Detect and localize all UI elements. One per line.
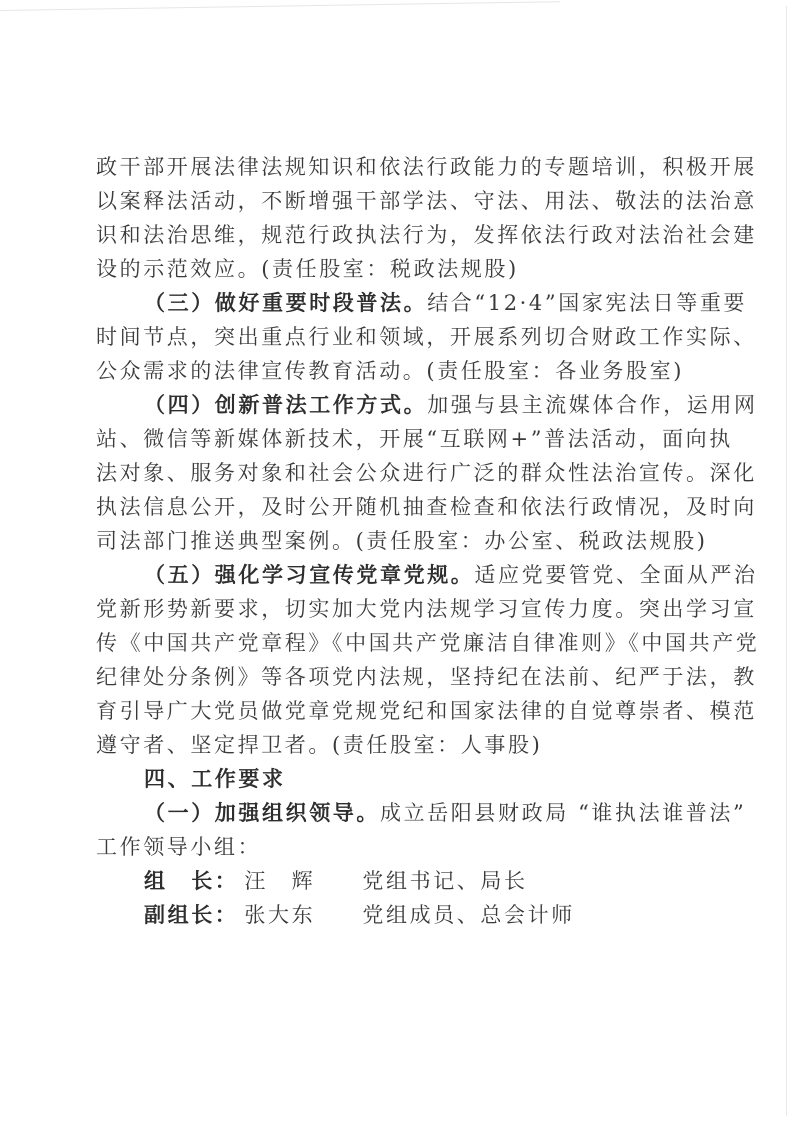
- paragraph-item-3: （三）做好重要时段普法。结合“12·4”国家宪法日等重要 时间节点，突出重点行业…: [96, 286, 684, 388]
- role-label: 副组长：: [144, 898, 238, 932]
- document-page: 政干部开展法律法规知识和依法行政能力的专题培训，积极开展 以案释法活动，不断增强…: [96, 150, 684, 932]
- person-title: 党组成员、总会计师: [362, 898, 574, 932]
- item-heading: （五）强化学习宣传党章党规。: [144, 562, 474, 587]
- leader-row: 组 长：汪 辉党组书记、局长: [96, 864, 684, 898]
- text-line: 司法部门推送典型案例。(责任股室：办公室、税政法规股): [96, 524, 684, 558]
- text-line: 传《中国共产党章程》《中国共产党廉洁自律准则》《中国共产党: [96, 626, 684, 660]
- item-text: 加强与县主流媒体合作，运用网: [427, 393, 757, 417]
- text-line: 法对象、服务对象和社会公众进行广泛的群众性法治宣传。深化: [96, 456, 684, 490]
- text-line: 工作领导小组：: [96, 830, 684, 864]
- section-heading: 四、工作要求: [96, 762, 684, 796]
- text-line: 执法信息公开，及时公开随机抽查检查和依法行政情况，及时向: [96, 490, 684, 524]
- text-line: 以案释法活动，不断增强干部学法、守法、用法、敬法的法治意: [96, 184, 684, 218]
- item-text: 成立岳阳县财政局 “谁执法谁普法”: [380, 801, 746, 825]
- item-heading: （三）做好重要时段普法。: [144, 290, 427, 315]
- text-line: 党新形势新要求，切实加大党内法规学习宣传力度。突出学习宣: [96, 592, 684, 626]
- text-line: （三）做好重要时段普法。结合“12·4”国家宪法日等重要: [96, 286, 684, 320]
- person-name: 汪 辉: [244, 864, 362, 898]
- paragraph-requirement-1: （一）加强组织领导。成立岳阳县财政局 “谁执法谁普法” 工作领导小组：: [96, 796, 684, 864]
- leadership-list: 组 长：汪 辉党组书记、局长 副组长：张大东党组成员、总会计师: [96, 864, 684, 932]
- item-heading: （一）加强组织领导。: [144, 800, 380, 825]
- text-line: （一）加强组织领导。成立岳阳县财政局 “谁执法谁普法”: [96, 796, 684, 830]
- text-line: 时间节点，突出重点行业和领域，开展系列切合财政工作实际、: [96, 320, 684, 354]
- text-line: 设的示范效应。(责任股室：税政法规股): [96, 252, 684, 286]
- text-line: 遵守者、坚定捍卫者。(责任股室：人事股): [96, 728, 684, 762]
- item-text: 结合“12·4”国家宪法日等重要: [427, 291, 747, 315]
- text-line: 政干部开展法律法规知识和依法行政能力的专题培训，积极开展: [96, 150, 684, 184]
- role-label: 组 长：: [144, 864, 238, 898]
- scan-edge-right: [786, 6, 787, 1116]
- paragraph-item-4: （四）创新普法工作方式。加强与县主流媒体合作，运用网 站、微信等新媒体新技术，开…: [96, 388, 684, 558]
- text-line: （四）创新普法工作方式。加强与县主流媒体合作，运用网: [96, 388, 684, 422]
- paragraph-continuation: 政干部开展法律法规知识和依法行政能力的专题培训，积极开展 以案释法活动，不断增强…: [96, 150, 684, 286]
- person-name: 张大东: [244, 898, 362, 932]
- text-line: 识和法治思维，规范行政执法行为，发挥依法行政对法治社会建: [96, 218, 684, 252]
- text-line: 公众需求的法律宣传教育活动。(责任股室：各业务股室): [96, 354, 684, 388]
- scan-edge-top: [0, 1, 560, 11]
- item-text: 适应党要管党、全面从严治: [474, 563, 757, 587]
- text-line: 纪律处分条例》等各项党内法规，坚持纪在法前、纪严于法，教: [96, 660, 684, 694]
- text-line: 育引导广大党员做党章党规党纪和国家法律的自觉尊崇者、模范: [96, 694, 684, 728]
- item-heading: （四）创新普法工作方式。: [144, 392, 427, 417]
- text-line: 站、微信等新媒体新技术，开展“互联网+”普法活动，面向执: [96, 422, 684, 456]
- paragraph-item-5: （五）强化学习宣传党章党规。适应党要管党、全面从严治 党新形势新要求，切实加大党…: [96, 558, 684, 762]
- leader-row: 副组长：张大东党组成员、总会计师: [96, 898, 684, 932]
- text-line: （五）强化学习宣传党章党规。适应党要管党、全面从严治: [96, 558, 684, 592]
- person-title: 党组书记、局长: [362, 864, 527, 898]
